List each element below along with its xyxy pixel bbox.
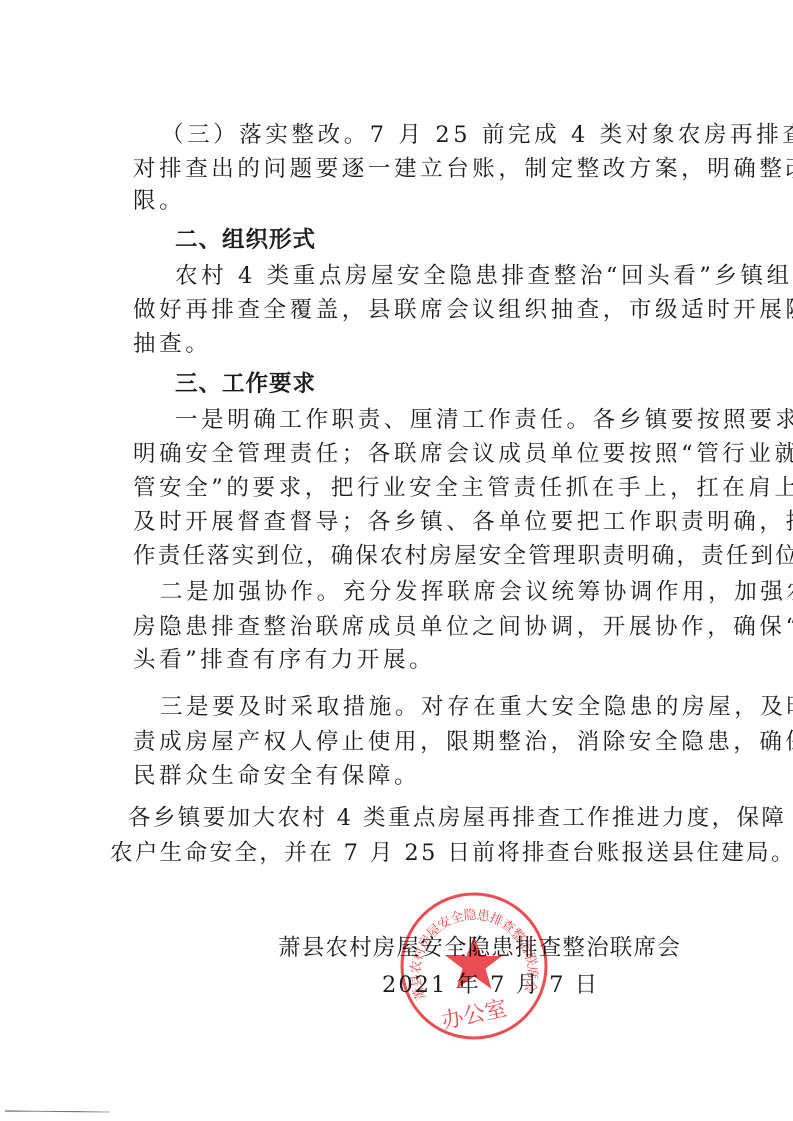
paragraph-req1-line: 及时开展督查督导；各乡镇、各单位要把工作职责明确，把工 xyxy=(133,507,708,537)
paragraph-req2-line: 二是加强协作。充分发挥联席会议统筹协调作用，加强农 xyxy=(160,577,735,607)
star-icon xyxy=(446,936,502,989)
paragraph-rectify-line: （三）落实整改。7 月 25 前完成 4 类对象农房再排查工作， xyxy=(161,120,736,150)
paragraph-req1-line: 作责任落实到位，确保农村房屋安全管理职责明确，责任到位。 xyxy=(133,541,708,571)
paragraph-req3-line: 三是要及时采取措施。对存在重大安全隐患的房屋，及时 xyxy=(160,692,735,722)
document-page: （三）落实整改。7 月 25 前完成 4 类对象农房再排查工作， 对排查出的问题… xyxy=(0,0,793,1121)
paragraph-org-form-line: 抽查。 xyxy=(133,329,708,359)
paragraph-req1-line: 管安全”的要求，把行业安全主管责任抓在手上，扛在肩上， xyxy=(133,473,708,503)
paragraph-req3-line: 民群众生命安全有保障。 xyxy=(133,761,708,791)
seal-bottom-text: 办公室 xyxy=(439,996,509,1034)
paragraph-req2-line: 房隐患排查整治联席成员单位之间协调，开展协作，确保“回 xyxy=(133,612,708,642)
paragraph-req2-line: 头看”排查有序有力开展。 xyxy=(133,645,708,675)
paragraph-rectify-line: 对排查出的问题要逐一建立台账，制定整改方案，明确整改时 xyxy=(133,154,708,184)
paragraph-req1-line: 明确安全管理责任；各联席会议成员单位要按照“管行业就要 xyxy=(133,439,708,469)
paragraph-closing-line: 农户生命安全，并在 7 月 25 日前将排查台账报送县住建局。 xyxy=(110,838,685,868)
paragraph-req3-line: 责成房屋产权人停止使用，限期整治，消除安全隐患，确保人 xyxy=(133,727,708,757)
section-heading-requirements: 三、工作要求 xyxy=(175,369,750,399)
paragraph-org-form-line: 农村 4 类重点房屋安全隐患排查整治“回头看”乡镇组织 xyxy=(175,261,750,291)
paragraph-rectify-line: 限。 xyxy=(133,186,708,216)
scan-edge-line xyxy=(5,1110,110,1112)
paragraph-req1-line: 一是明确工作职责、厘清工作责任。各乡镇要按照要求， xyxy=(175,405,750,435)
paragraph-org-form-line: 做好再排查全覆盖，县联席会议组织抽查，市级适时开展随机 xyxy=(133,295,708,325)
section-heading-organization: 二、组织形式 xyxy=(175,225,750,255)
paragraph-closing-line: 各乡镇要加大农村 4 类重点房屋再排查工作推进力度，保障 xyxy=(128,803,703,833)
official-seal-stamp: 萧县农村房屋安全隐患排查整治联席会 办公室 xyxy=(398,890,550,1042)
